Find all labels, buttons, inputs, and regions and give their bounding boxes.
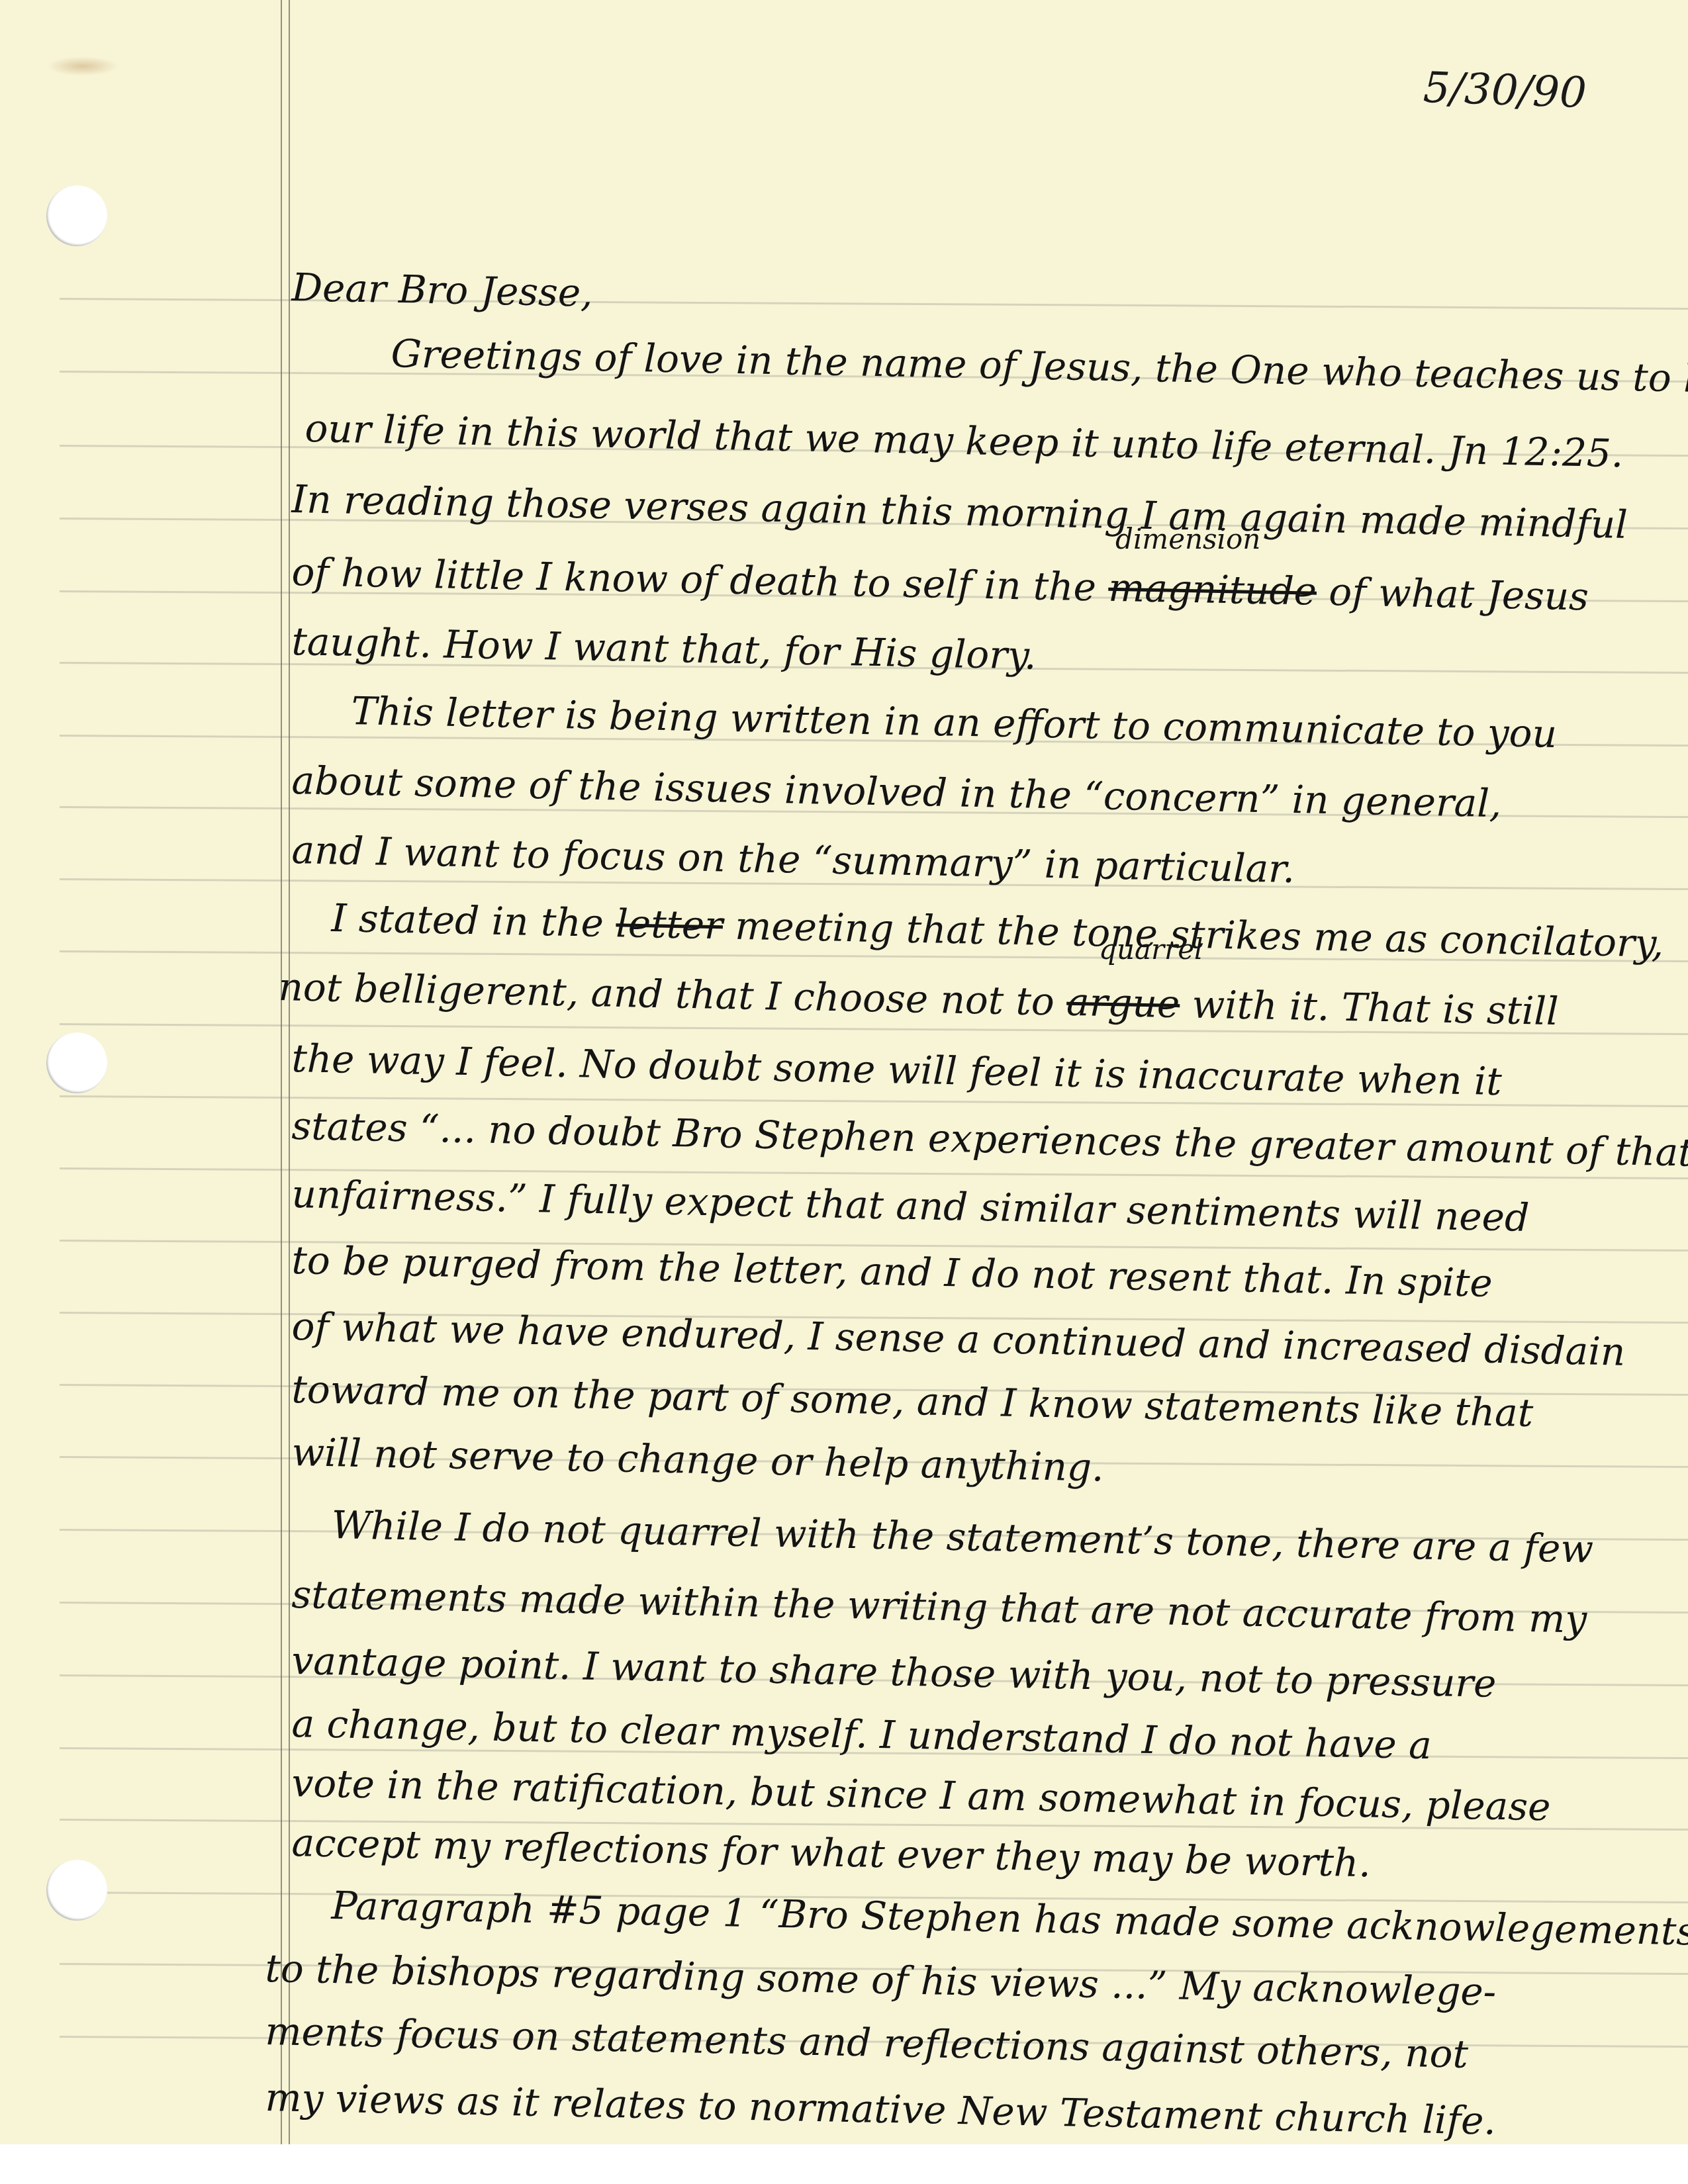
letter-line: states “... no doubt Bro Stephen experie… xyxy=(291,1107,1688,1172)
letter-line: to the bishops regarding some of his vie… xyxy=(265,1949,1497,2011)
letter-line: Paragraph #5 page 1 “Bro Stephen has mad… xyxy=(331,1886,1688,1951)
letter-line: ments focus on statements and reflection… xyxy=(265,2012,1468,2073)
letter-line: statements made within the writing that … xyxy=(291,1575,1587,1639)
letter-line: my views as it relates to normative New … xyxy=(265,2078,1496,2140)
letter-text: of what Jesus xyxy=(1329,569,1589,619)
letter-text: with it. That is still xyxy=(1192,982,1559,1034)
punch-hole xyxy=(46,1860,107,1921)
letter-line: to be purged from the letter, and I do n… xyxy=(291,1241,1493,1302)
letter-line: taught. How I want that, for His glory. xyxy=(291,622,1037,675)
salutation: Dear Bro Jesse, xyxy=(291,268,593,312)
letter-line: unfairness.” I fully expect that and sim… xyxy=(291,1175,1530,1237)
letter-line: In reading those verses again this morni… xyxy=(291,480,1628,544)
letter-line: This letter is being written in an effor… xyxy=(351,692,1558,753)
margin-line xyxy=(289,0,290,2144)
inserted-word: quarrel xyxy=(1099,933,1203,966)
struck-word: magnitude xyxy=(1108,565,1317,614)
letter-line: of what we have endured, I sense a conti… xyxy=(291,1307,1626,1371)
punch-hole xyxy=(46,1032,107,1093)
punch-hole xyxy=(46,185,107,246)
inserted-word: dimension xyxy=(1115,523,1260,555)
letter-line: vote in the ratification, but since I am… xyxy=(291,1764,1551,1827)
struck-word: argue xyxy=(1066,979,1180,1026)
letter-line: a change, but to clear myself. I underst… xyxy=(291,1704,1432,1764)
letter-text: of how little I know of death to self in… xyxy=(291,549,1097,610)
letter-line: the way I feel. No doubt some will feel … xyxy=(291,1039,1502,1101)
letter-text: I stated in the xyxy=(331,895,604,946)
letter-line: will not serve to change or help anythin… xyxy=(291,1433,1104,1487)
letter-line: toward me on the part of some, and I kno… xyxy=(291,1370,1534,1432)
letter-date: 5/30/90 xyxy=(1423,64,1587,118)
letter-page: 5/30/90 Dear Bro Jesse, Greetings of lov… xyxy=(0,0,1688,2144)
letter-line: While I do not quarrel with the statemen… xyxy=(331,1506,1594,1569)
letter-line: not belligerent, and that I choose not t… xyxy=(278,968,1559,1030)
paper-stain xyxy=(46,56,119,76)
letter-line: and I want to focus on the “summary” in … xyxy=(291,831,1295,888)
margin-line xyxy=(281,0,282,2144)
letter-line: vantage point. I want to share those wit… xyxy=(291,1641,1497,1703)
letter-line: about some of the issues involved in the… xyxy=(291,761,1502,823)
letter-line: accept my reflections for what ever they… xyxy=(291,1823,1371,1882)
letter-line: our life in this world that we may keep … xyxy=(305,409,1624,473)
letter-line: of how little I know of death to self in… xyxy=(291,553,1589,616)
letter-line: Greetings of love in the name of Jesus, … xyxy=(391,334,1688,399)
struck-word: letter xyxy=(616,901,724,948)
letter-text: not belligerent, and that I choose not t… xyxy=(278,964,1055,1024)
